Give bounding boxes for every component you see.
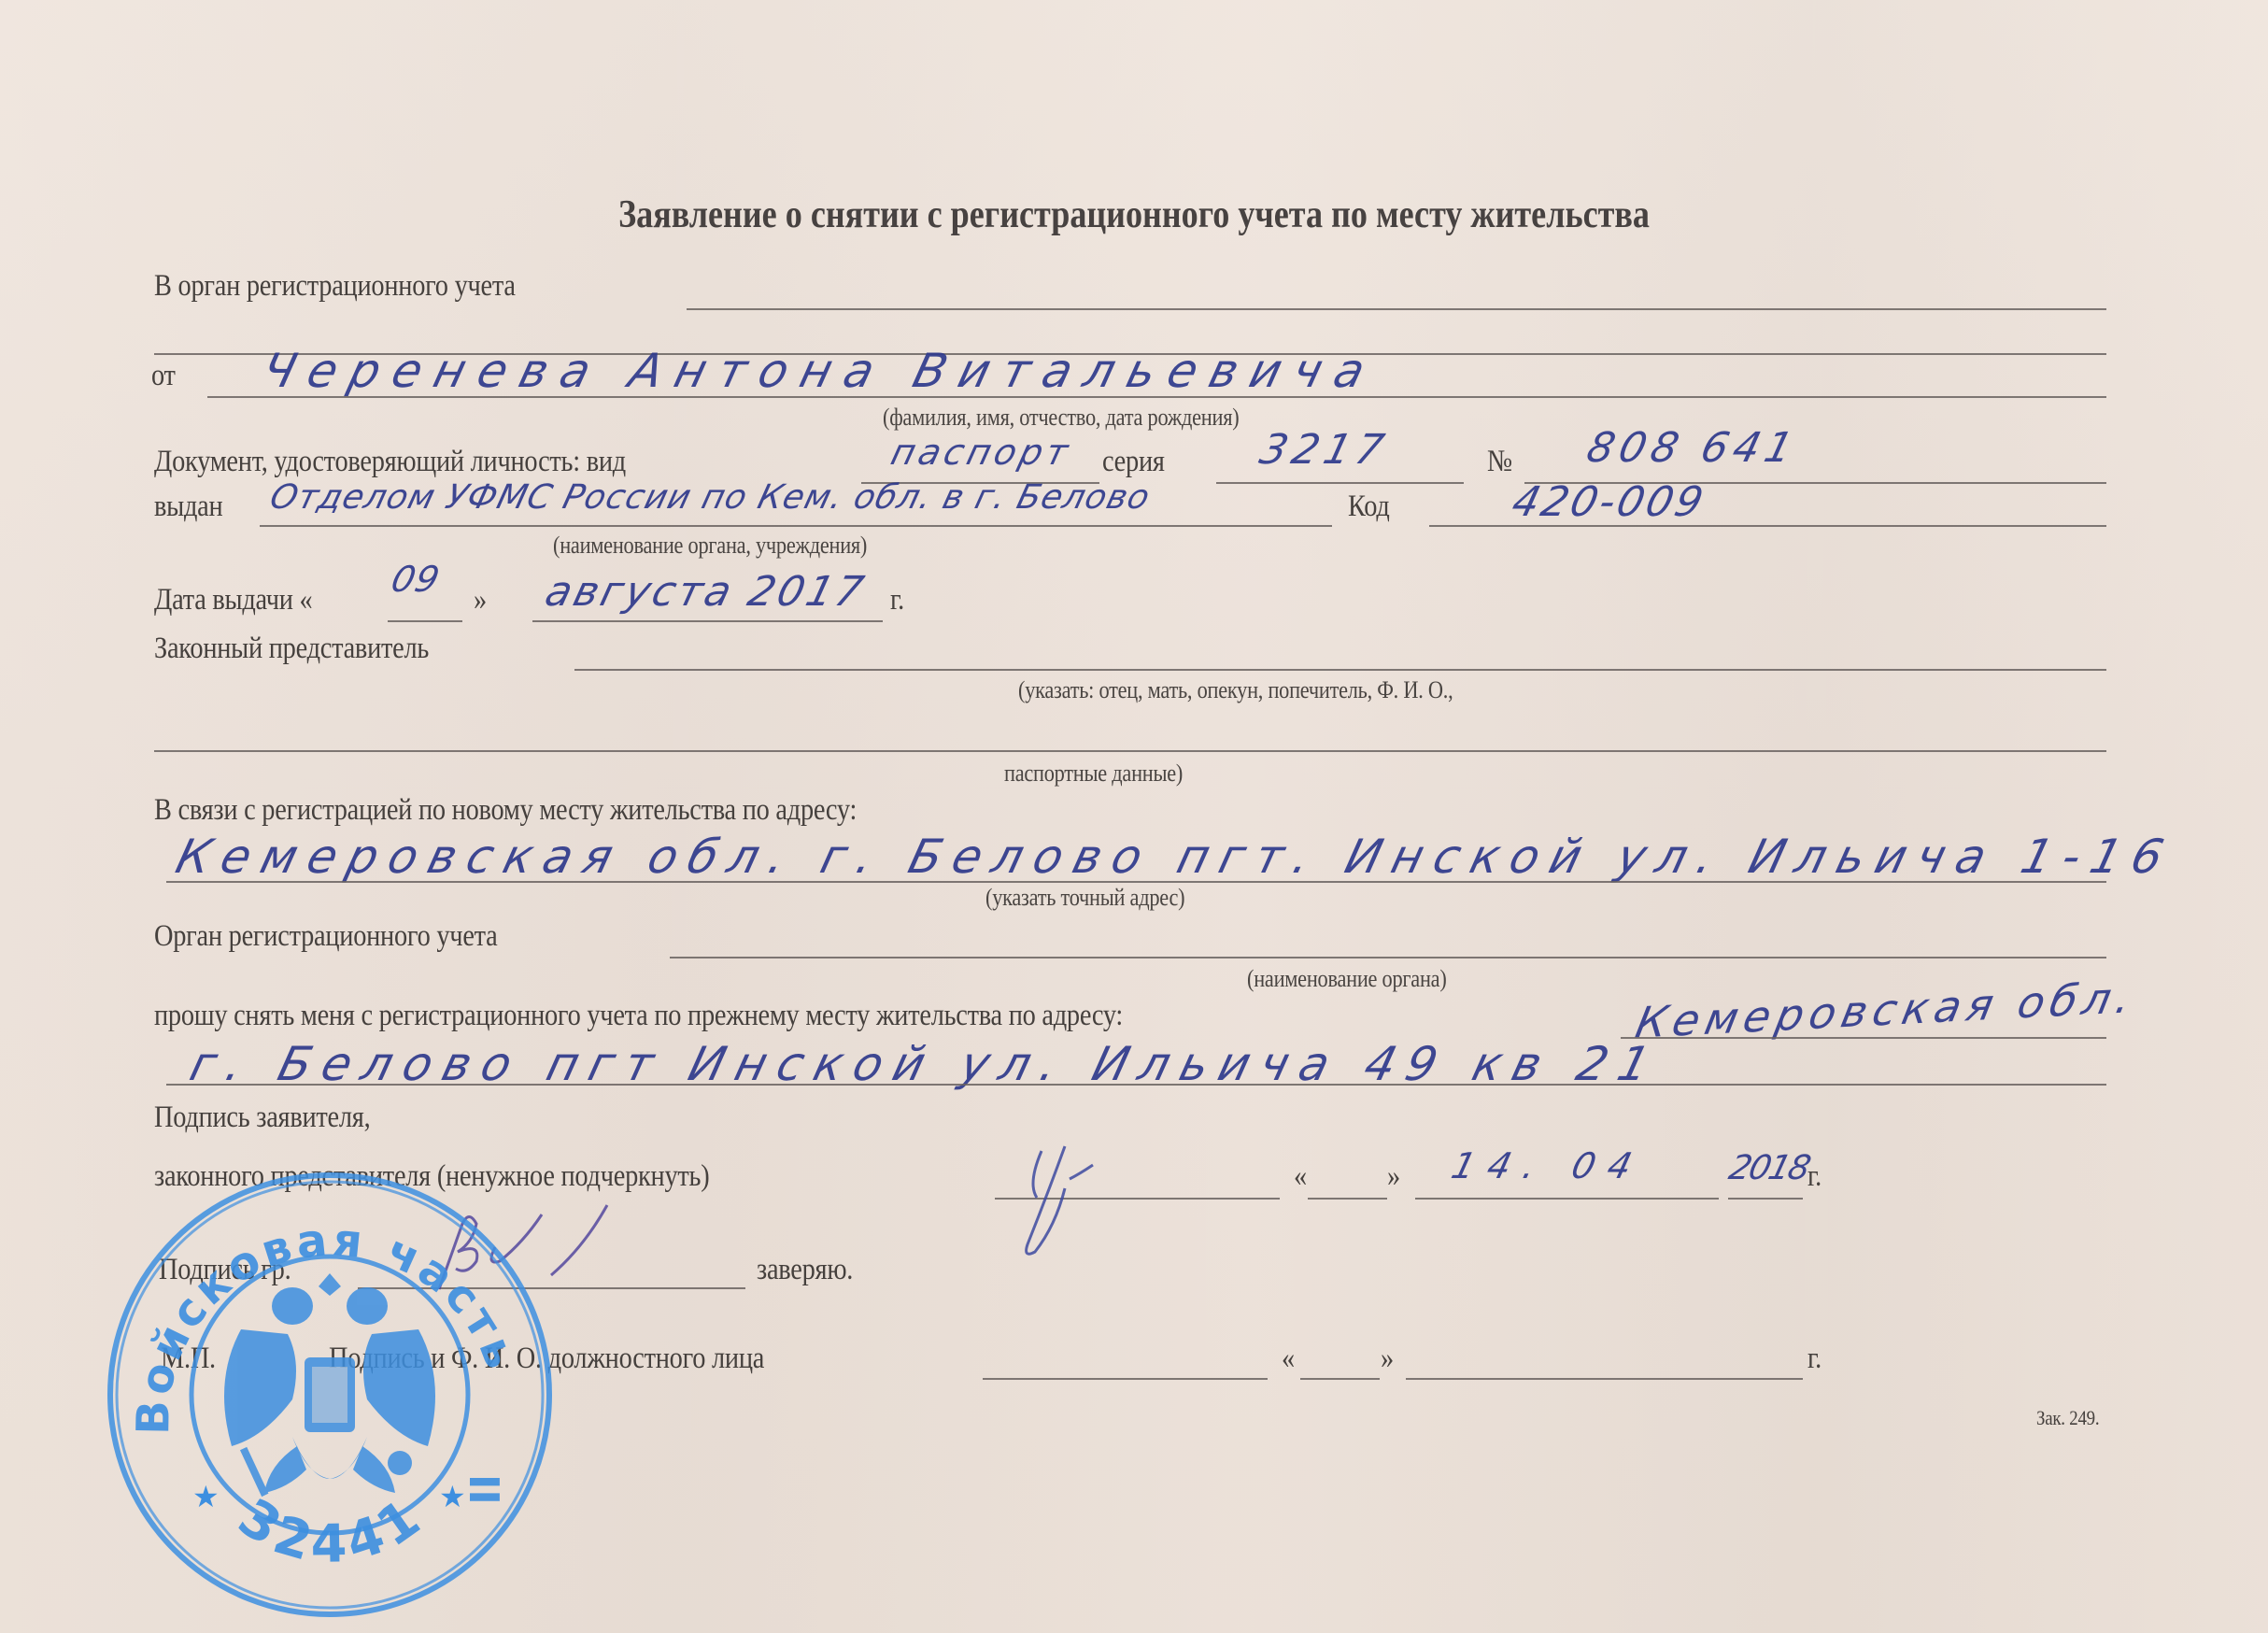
- legal-rep-field[interactable]: [574, 669, 2106, 671]
- document-title: Заявление о снятии с регистрационного уч…: [159, 192, 2109, 237]
- stamp-seal-icon: Войсковая часть II 32441 ★ ★: [101, 1166, 559, 1624]
- new-reg-authority-hint: (наименование органа): [1247, 965, 1447, 993]
- registration-authority-field[interactable]: [687, 308, 2106, 310]
- old-address-label: прошу снять меня с регистрационного учет…: [154, 999, 1123, 1033]
- stamp-suffix-text: II: [460, 1474, 507, 1505]
- issue-date-year-suffix: г.: [890, 583, 904, 618]
- applicant-signature-scribble: [999, 1132, 1130, 1263]
- official-signature-day-field[interactable]: [1300, 1378, 1380, 1380]
- applicant-signature-day-field[interactable]: [1308, 1198, 1387, 1200]
- applicant-signature-year-field[interactable]: [1728, 1198, 1803, 1200]
- issue-month-year-value[interactable]: августа 2017: [541, 568, 872, 616]
- order-number: Зак. 249.: [2036, 1406, 2099, 1430]
- legal-rep-passport-field[interactable]: [154, 750, 2106, 752]
- new-address-value[interactable]: Кемеровская обл. г. Белово пгт. Инской у…: [171, 830, 2180, 884]
- applicant-signature-date-value[interactable]: 14. 04: [1448, 1145, 1650, 1186]
- code-field[interactable]: [1429, 525, 2106, 527]
- legal-rep-hint-1: (указать: отец, мать, опекун, попечитель…: [1018, 676, 1453, 704]
- issued-by-hint: (наименование органа, учреждения): [553, 532, 867, 560]
- stamp-star-right-icon: ★: [439, 1480, 466, 1513]
- old-address-field-line-2[interactable]: [166, 1084, 2106, 1086]
- issue-day-value[interactable]: 09: [388, 559, 445, 600]
- applicant-signature-date-field[interactable]: [1415, 1198, 1719, 1200]
- stamp-number: 32441: [228, 1484, 435, 1575]
- number-value[interactable]: 808 641: [1582, 424, 1804, 472]
- issue-month-year-field[interactable]: [532, 620, 883, 622]
- applicant-signature-year-value[interactable]: 2018: [1725, 1149, 1813, 1187]
- legal-rep-hint-2: паспортные данные): [1004, 760, 1183, 788]
- official-signature-quote-close: »: [1381, 1342, 1394, 1376]
- new-reg-authority-field[interactable]: [670, 957, 2106, 958]
- applicant-signature-year-suffix: г.: [1807, 1159, 1821, 1194]
- number-label: №: [1487, 445, 1512, 479]
- new-address-hint: (указать точный адрес): [985, 884, 1184, 912]
- applicant-signature-quote-close: »: [1387, 1159, 1400, 1194]
- series-field[interactable]: [1216, 482, 1464, 484]
- new-address-label: В связи с регистрацией по новому месту ж…: [154, 793, 857, 828]
- applicant-signature-quote-open: «: [1294, 1159, 1307, 1194]
- issued-by-field[interactable]: [260, 525, 1332, 527]
- applicant-name-value[interactable]: Черенева Антона Витальевича: [257, 344, 1383, 398]
- series-value[interactable]: 3217: [1255, 426, 1395, 474]
- stamp-star-left-icon: ★: [192, 1480, 220, 1513]
- id-document-label: Документ, удостоверяющий личность: вид: [154, 445, 626, 479]
- issue-date-label: Дата выдачи «: [154, 583, 312, 618]
- issued-by-value[interactable]: Отделом УФМС России по Кем. обл. в г. Бе…: [266, 478, 1155, 517]
- applicant-hint: (фамилия, имя, отчество, дата рождения): [883, 404, 1239, 432]
- certification-suffix: заверяю.: [757, 1253, 853, 1287]
- svg-text:32441: 32441: [228, 1484, 435, 1575]
- applicant-signature-label-1: Подпись заявителя,: [154, 1100, 370, 1135]
- applicant-field[interactable]: [207, 396, 2106, 398]
- applicant-prefix: от: [151, 359, 176, 393]
- id-document-type-value[interactable]: паспорт: [887, 432, 1076, 473]
- official-stamp: Войсковая часть II 32441 ★ ★: [101, 1166, 559, 1624]
- official-signature-date-field[interactable]: [1406, 1378, 1803, 1380]
- legal-rep-label: Законный представитель: [154, 632, 429, 666]
- issued-by-label: выдан: [154, 490, 222, 524]
- code-value[interactable]: 420-009: [1508, 478, 1711, 526]
- new-address-field[interactable]: [166, 881, 2106, 883]
- official-signature-quote-open: «: [1282, 1342, 1295, 1376]
- official-signature-year-suffix: г.: [1807, 1342, 1821, 1376]
- new-reg-authority-label: Орган регистрационного учета: [154, 919, 497, 954]
- series-label: серия: [1102, 445, 1165, 479]
- issue-day-field[interactable]: [388, 620, 462, 622]
- official-signature-field[interactable]: [983, 1378, 1268, 1380]
- old-address-field-line-1[interactable]: [1621, 1037, 2106, 1039]
- code-label: Код: [1348, 490, 1390, 524]
- registration-authority-label: В орган регистрационного учета: [154, 269, 516, 304]
- issue-date-quote-close: »: [474, 583, 487, 618]
